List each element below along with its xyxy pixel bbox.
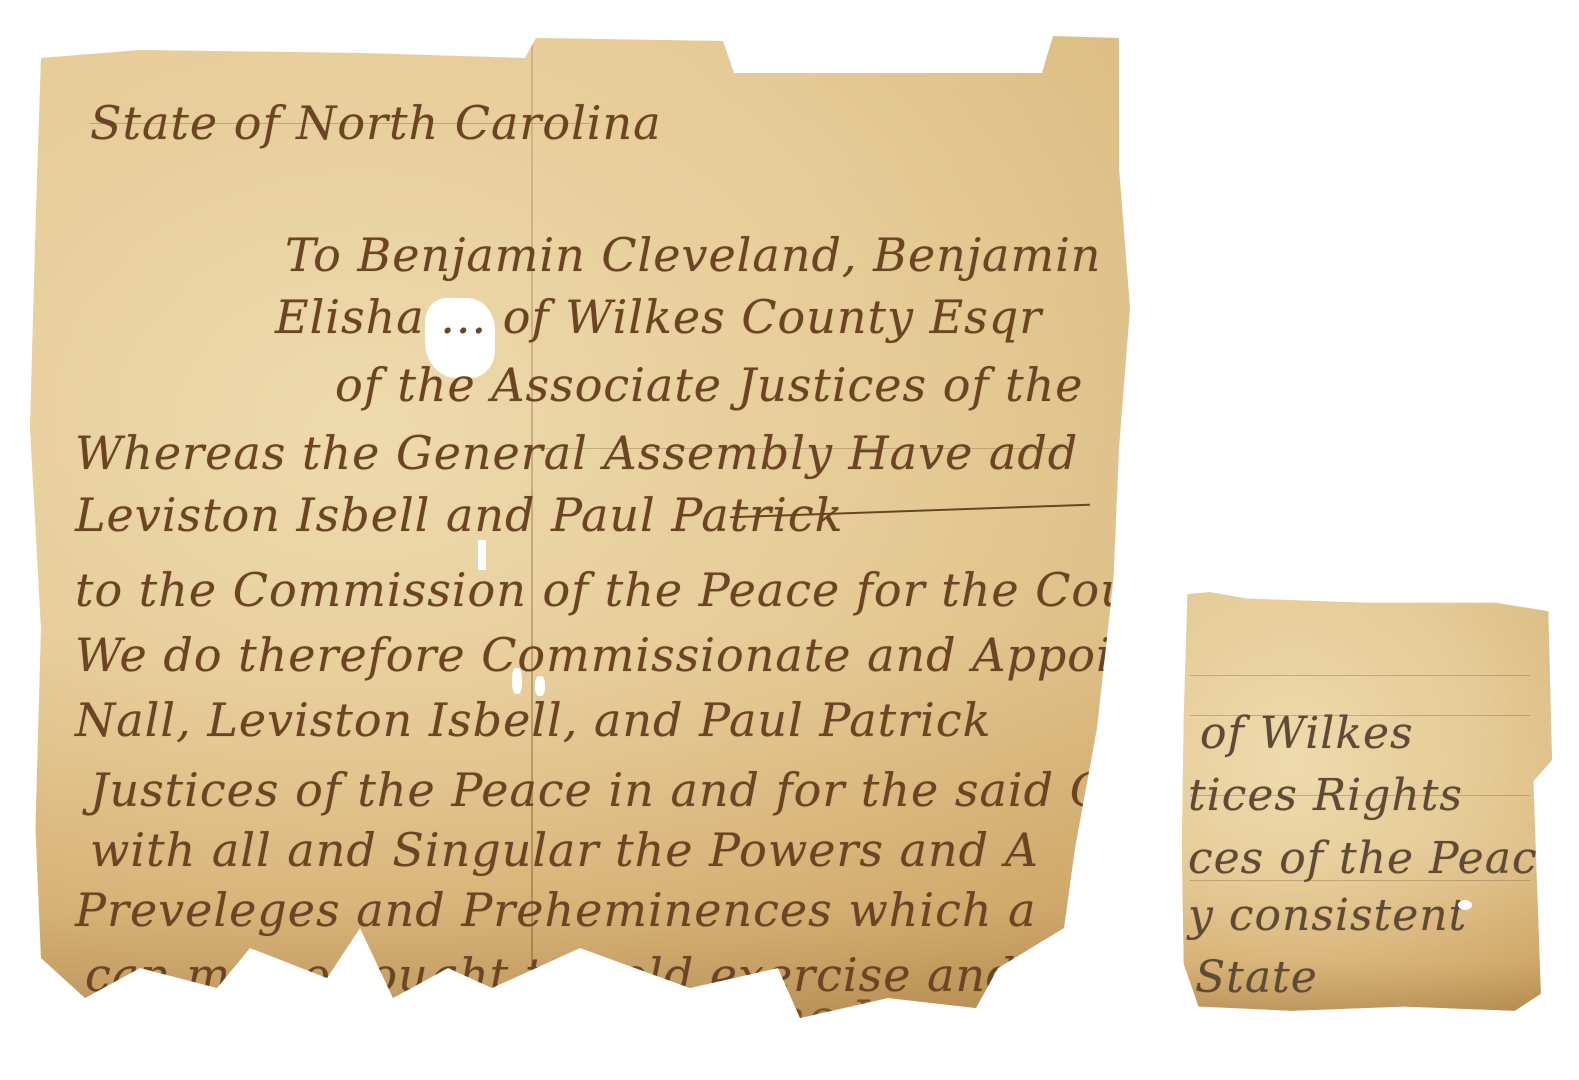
fragment-line: of Wilkes <box>1200 708 1414 759</box>
document-line: Elisha ... of Wilkes County Esqr <box>275 290 1042 344</box>
fragment-line: State <box>1195 952 1318 1003</box>
document-line: Preveleges and Preheminences which a <box>75 883 1037 937</box>
document-line: ... and the Laws <box>590 990 977 1044</box>
document-line: with all and Singular the Powers and A <box>90 823 1039 877</box>
document-line: to the Commission of the Peace for the C… <box>75 563 1161 617</box>
ruled-line <box>1190 675 1530 676</box>
document-line: Justices of the Peace in and for the sai… <box>90 763 1106 817</box>
document-line: To Benjamin Cleveland, Benjamin <box>285 228 1101 282</box>
fragment-line: ces of the Peace <box>1188 833 1565 884</box>
document-line: Nall, Leviston Isbell, and Paul Patrick <box>75 693 991 747</box>
fragment-line: y consistent <box>1188 890 1467 941</box>
document-main-fragment: State of North Carolina To Benjamin Clev… <box>30 28 1130 1028</box>
document-line: Whereas the General Assembly Have add <box>75 426 1078 480</box>
document-heading: State of North Carolina <box>90 96 662 150</box>
fragment-line: tices Rights <box>1188 770 1463 821</box>
document-line: Leviston Isbell and Paul Patrick <box>75 488 844 542</box>
document-line: We do therefore Commissionate and Appoi <box>75 628 1112 682</box>
document-line: of the Associate Justices of the <box>335 358 1083 412</box>
paper-hole <box>1458 900 1472 910</box>
document-side-fragment: of Wilkes tices Rights ces of the Peace … <box>1180 590 1552 1015</box>
